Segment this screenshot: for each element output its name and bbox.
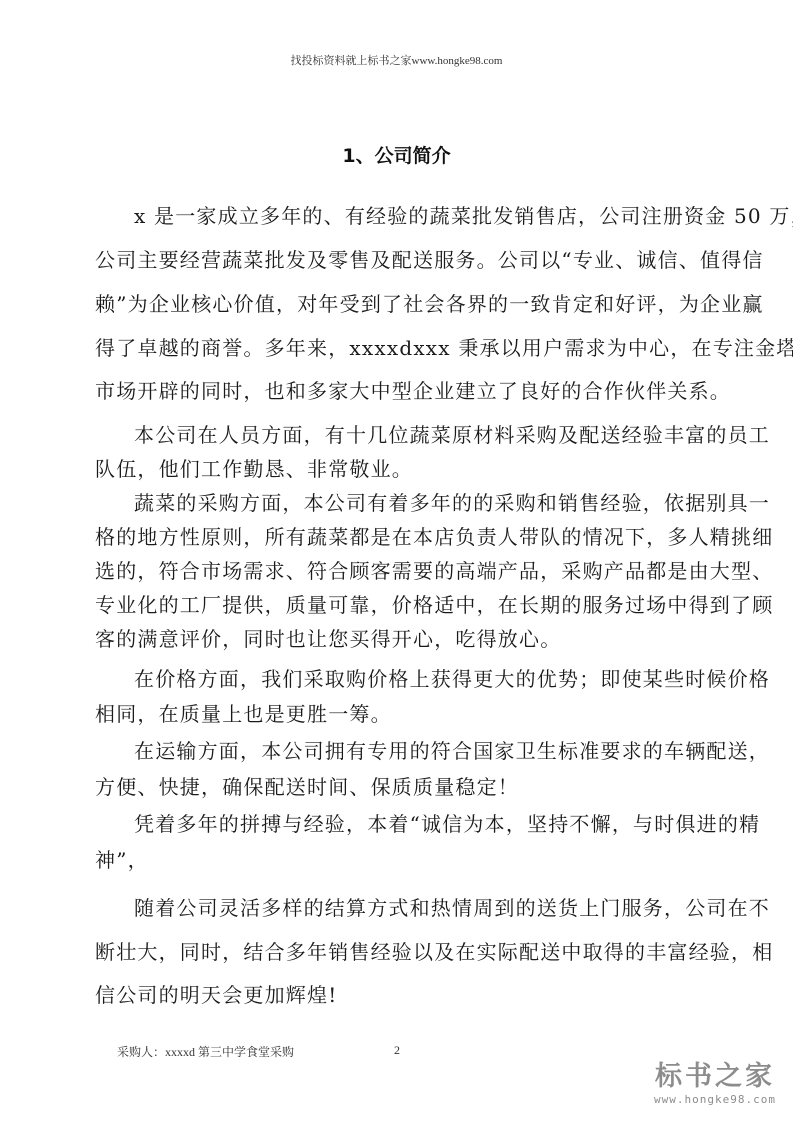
body-text-line: 本公司在人员方面，有十几位蔬菜原材料采购及配送经验丰富的员工 xyxy=(134,423,754,447)
body-text-line: 专业化的工厂提供，质量可靠，价格适中，在长期的服务过场中得到了顾 xyxy=(95,593,715,617)
body-text-line: x 是一家成立多年的、有经验的蔬菜批发销售店，公司注册资金 50 万， xyxy=(134,204,754,228)
body-text-line: 神”， xyxy=(95,848,715,872)
body-text-line: 赖”为企业核心价值，对年受到了社会各界的一致肯定和好评，为企业赢 xyxy=(95,292,715,316)
document-title: 1、公司简介 xyxy=(0,141,793,168)
body-text-line: 队伍，他们工作勤恳、非常敬业。 xyxy=(95,457,715,481)
footer-purchaser: 采购人：xxxxd 第三中学食堂采购 xyxy=(117,1043,294,1060)
body-text-line: 信公司的明天会更加辉煌! xyxy=(95,983,715,1007)
body-text-line: 凭着多年的拼搏与经验，本着“诚信为本，坚持不懈，与时俱进的精 xyxy=(134,812,754,836)
body-text-line: 相同，在质量上也是更胜一筹。 xyxy=(95,702,715,726)
body-text-line: 随着公司灵活多样的结算方式和热情周到的送货上门服务，公司在不 xyxy=(134,896,754,920)
body-text-line: 得了卓越的商誉。多年来，xxxxdxxx 秉承以用户需求为中心，在专注金塔 xyxy=(95,336,715,360)
body-text-line: 在运输方面，本公司拥有专用的符合国家卫生标准要求的车辆配送， xyxy=(134,739,754,763)
body-text-line: 方便、快捷，确保配送时间、保质质量稳定！ xyxy=(95,775,715,799)
body-text-line: 选的，符合市场需求、符合顾客需要的高端产品，采购产品都是由大型、 xyxy=(95,559,715,583)
page-number: 2 xyxy=(394,1043,400,1058)
watermark-url: www.hongke98.com xyxy=(650,1093,780,1106)
body-text-line: 蔬菜的采购方面，本公司有着多年的的采购和销售经验，依据别具一 xyxy=(134,491,754,515)
body-text-line: 客的满意评价，同时也让您买得开心，吃得放心。 xyxy=(95,627,715,651)
watermark-title: 标书之家 xyxy=(650,1062,780,1092)
page-header: 找投标资料就上标书之家www.hongke98.com xyxy=(0,52,793,68)
body-text-line: 在价格方面，我们采取购价格上获得更大的优势；即使某些时候价格 xyxy=(134,667,754,691)
body-text-line: 公司主要经营蔬菜批发及零售及配送服务。公司以“专业、诚信、值得信 xyxy=(95,248,715,272)
watermark-logo: 标书之家 www.hongke98.com xyxy=(650,1062,780,1106)
body-text-line: 格的地方性原则，所有蔬菜都是在本店负责人带队的情况下，多人精挑细 xyxy=(95,525,715,549)
body-text-line: 断壮大，同时，结合多年销售经验以及在实际配送中取得的丰富经验，相 xyxy=(95,940,715,964)
body-text-line: 市场开辟的同时，也和多家大中型企业建立了良好的合作伙伴关系。 xyxy=(95,379,715,403)
